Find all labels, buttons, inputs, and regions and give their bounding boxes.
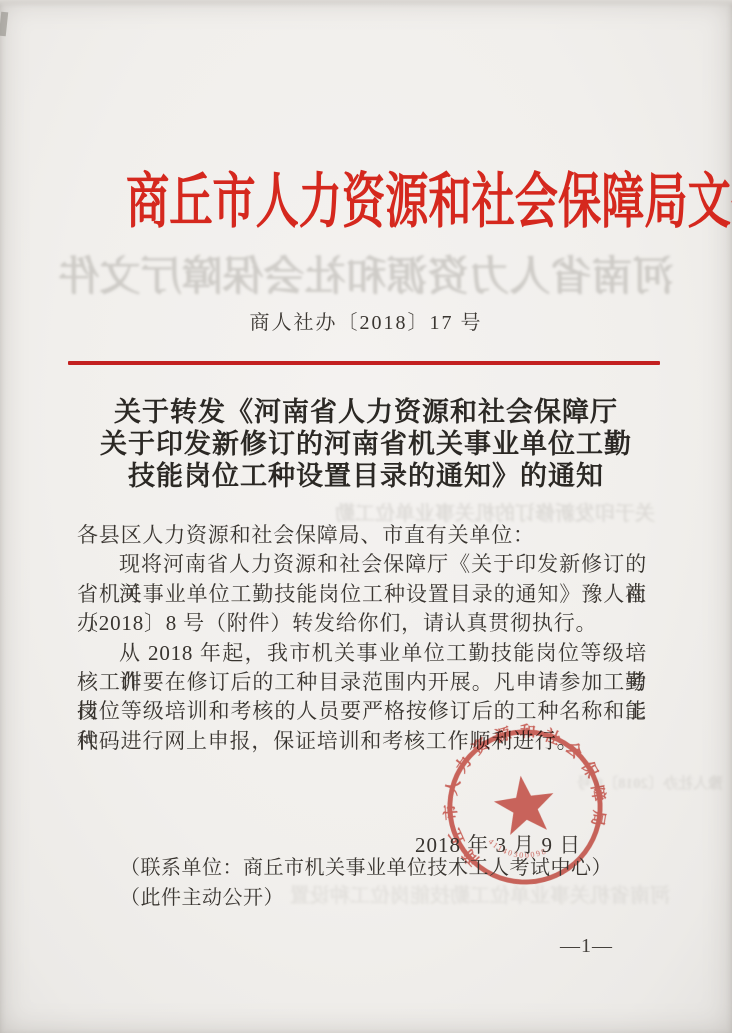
page-number: —1— xyxy=(560,935,613,958)
letterhead-org-title: 商丘市人力资源和社会保障局文件 xyxy=(0,156,732,248)
bleedthrough-header-text: 河南省人力资源和社会保障厅文件 xyxy=(0,243,732,302)
body-salutation: 各县区人力资源和社会保障局、市直有关单位： xyxy=(77,521,647,550)
scan-corner-mark xyxy=(0,12,8,37)
document-title: 关于转发《河南省人力资源和社会保障厅 关于印发新修订的河南省机关事业单位工勤 技… xyxy=(0,396,732,492)
body-line: 现将河南省人力资源和社会保障厅《关于印发新修订的河南 xyxy=(77,550,647,579)
scan-top-edge-shadow xyxy=(0,0,732,6)
red-divider-line xyxy=(68,361,660,365)
public-release-note: （此件主动公开） xyxy=(120,881,284,910)
scanned-document-page: 河南省人力资源和社会保障厅文件 关于印发新修订的机关事业单位工勤 豫人社办〔20… xyxy=(0,0,732,1033)
contact-unit-note: （联系单位：商丘市机关事业单位技术工人考试中心） xyxy=(120,851,612,880)
document-number: 商人社办〔2018〕17 号 xyxy=(0,306,732,335)
document-title-line-3: 技能岗位工种设置目录的通知》的通知 xyxy=(0,460,732,492)
seal-star-icon xyxy=(491,772,558,837)
document-title-line-1: 关于转发《河南省人力资源和社会保障厅 xyxy=(0,396,732,428)
letterhead-org-title-text: 商丘市人力资源和社会保障局文件 xyxy=(126,156,732,248)
body-line: 〔2018〕8 号（附件）转发给你们，请认真贯彻执行。 xyxy=(77,609,647,638)
body-line: 核工作要在修订后的工种目录范围内开展。凡申请参加工勤技能 xyxy=(77,668,647,697)
body-line: 省机关事业单位工勤技能岗位工种设置目录的通知》豫人社办 xyxy=(77,580,647,609)
document-title-line-2: 关于印发新修订的河南省机关事业单位工勤 xyxy=(0,428,732,460)
body-line: 从 2018 年起，我市机关事业单位工勤技能岗位等级培训考 xyxy=(77,639,647,668)
